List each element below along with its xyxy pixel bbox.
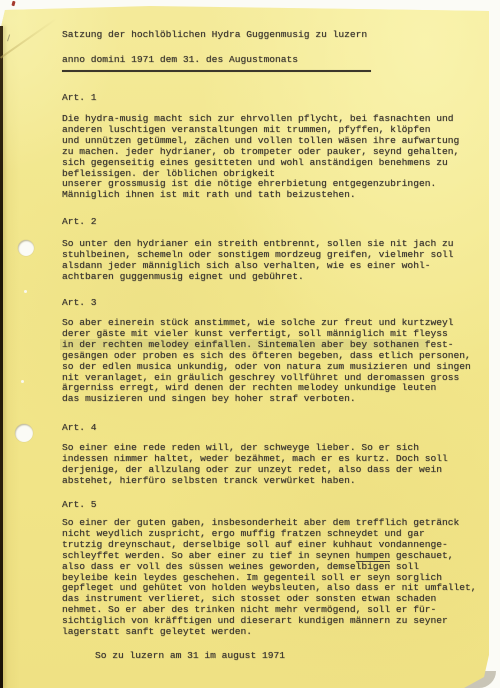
closing-line: So zu luzern am 31 im august 1971 bbox=[95, 651, 500, 662]
article-2-body: So unter den hydrianer ein streith entbr… bbox=[62, 239, 494, 283]
article-2-heading: Art. 2 bbox=[62, 217, 494, 228]
punch-hole-top bbox=[18, 240, 34, 256]
article-3-body: So aber einerein stück anstimmet, wie so… bbox=[62, 318, 494, 405]
article-4-body: So einer eine rede reden will, der schwe… bbox=[62, 443, 494, 487]
document-title: Satzung der hochlöblichen Hydra Guggenmu… bbox=[62, 30, 494, 41]
article-5-heading: Art. 5 bbox=[62, 500, 494, 511]
article-3-heading: Art. 3 bbox=[62, 298, 494, 309]
title-underline-rule bbox=[62, 70, 371, 72]
scanned-document-page: Satzung der hochlöblichen Hydra Guggenmu… bbox=[0, 0, 500, 688]
red-ink-speck bbox=[11, 1, 15, 7]
article-1-body: Die hydra-musig macht sich zur ehrvollen… bbox=[62, 114, 494, 201]
left-scan-edge-shadow bbox=[0, 26, 3, 688]
article-5-body: So einer der guten gaben, insbesonderhei… bbox=[62, 518, 494, 638]
article-4-heading: Art. 4 bbox=[62, 423, 494, 434]
paper-speck bbox=[21, 380, 24, 383]
punch-hole-bottom bbox=[15, 424, 33, 442]
article-1-heading: Art. 1 bbox=[62, 93, 494, 104]
date-line: anno domini 1971 dem 31. des Augustmonat… bbox=[62, 55, 494, 66]
article-5-text-part2: geschauet, also dass er voll des süssen … bbox=[62, 550, 477, 637]
paper-speck bbox=[24, 290, 27, 293]
